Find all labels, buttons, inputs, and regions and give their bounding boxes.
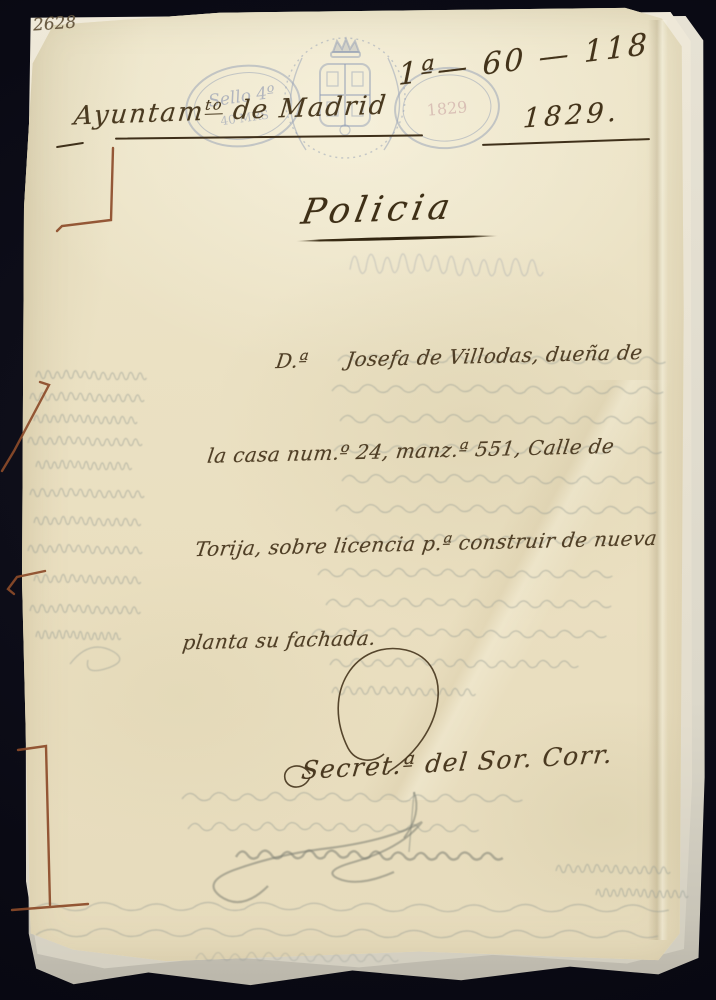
section-heading: Policia	[298, 187, 458, 233]
office-prefix: Ayuntam	[73, 97, 207, 132]
body-line-3: Torija, sobre licencia p.ª construir de …	[193, 523, 659, 565]
body-salutation: D.ª	[218, 347, 348, 374]
body-line-1: D.ªJosefa de Villodas, dueña de	[218, 336, 684, 378]
archive-photograph: Sello 4º 40 MRS 1829	[0, 0, 716, 1000]
corner-archive-number: 2628	[32, 13, 77, 36]
body-line-2: la casa num.º 24, manz.ª 551, Calle de	[205, 429, 671, 471]
office-superscript: to	[204, 98, 224, 116]
office-suffix: de Madrid	[221, 90, 389, 126]
body-line-4: planta su fachada.	[181, 616, 647, 658]
body-paragraph: D.ªJosefa de Villodas, dueña de la casa …	[196, 275, 669, 720]
